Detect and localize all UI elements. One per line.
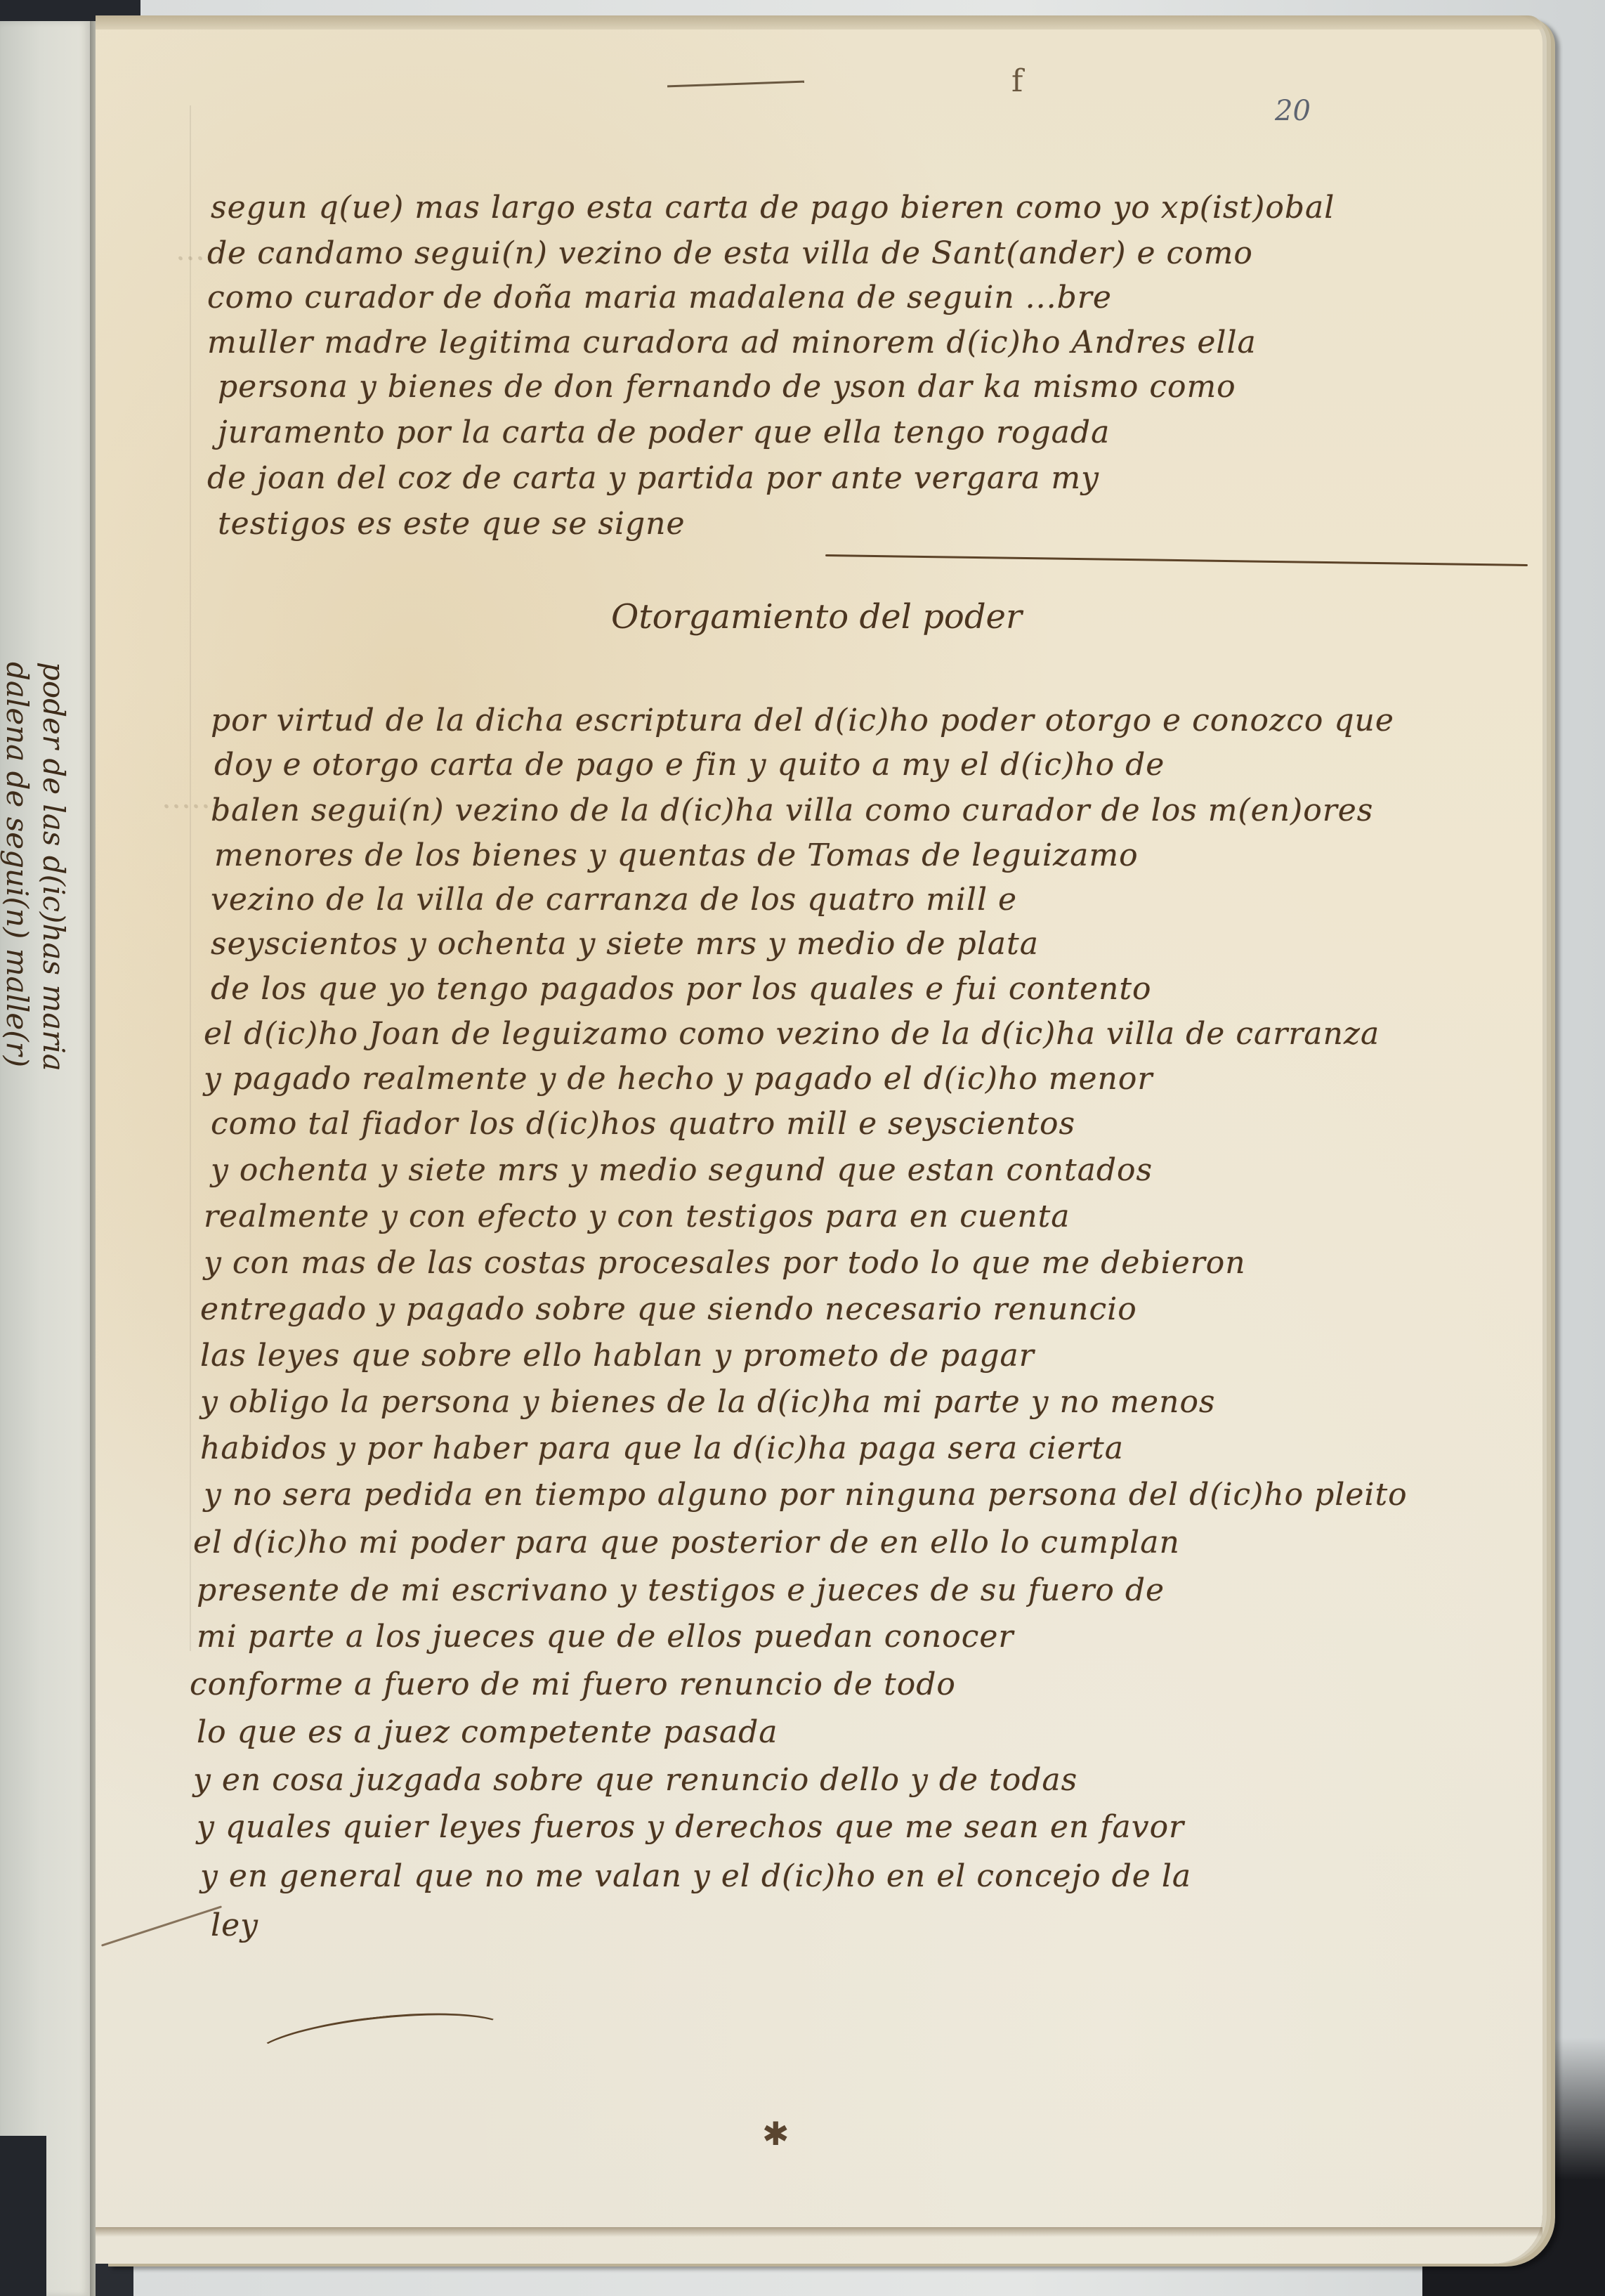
- text-line: y con mas de las costas procesales por t…: [204, 1245, 1246, 1281]
- binding-dark-bottom: [0, 2136, 46, 2296]
- folio-bottom-edge: [96, 2227, 1542, 2237]
- text-line: mi parte a los jueces que de ellos pueda…: [197, 1619, 1014, 1655]
- text-line: ley: [211, 1907, 258, 1943]
- text-line: seyscientos y ochenta y siete mrs y medi…: [211, 926, 1039, 962]
- text-line: conforme a fuero de mi fuero renuncio de…: [190, 1666, 956, 1702]
- text-line: y en cosa juzgada sobre que renuncio del…: [193, 1762, 1077, 1798]
- text-line: entregado y pagado sobre que siendo nece…: [200, 1291, 1137, 1327]
- text-line: realmente y con efecto y con testigos pa…: [204, 1199, 1070, 1234]
- marginal-note: poder de las d(ic)has maria dalena de se…: [0, 662, 72, 1196]
- text-line: juramento por la carta de poder que ella…: [218, 415, 1110, 450]
- folio-top-edge: [96, 15, 1542, 30]
- section-heading: Otorgamiento del poder: [611, 597, 1022, 637]
- text-line: de joan del coz de carta y partida por a…: [207, 460, 1099, 496]
- text-line: testigos es este que se signe: [218, 506, 686, 542]
- text-line: de los que yo tengo pagados por los qual…: [211, 971, 1152, 1007]
- foliation-mark: f: [1011, 63, 1024, 99]
- text-line: las leyes que sobre ello hablan y promet…: [200, 1338, 1035, 1374]
- text-line: y en general que no me valan y el d(ic)h…: [200, 1858, 1191, 1894]
- text-line: como curador de doña maria madalena de s…: [207, 280, 1112, 315]
- text-line: y no sera pedida en tiempo alguno por ni…: [204, 1477, 1408, 1513]
- marginal-note-line: poder de las d(ic)has maria: [35, 662, 72, 1196]
- ink-blot: ✱: [762, 2115, 790, 2153]
- text-line: y quales quier leyes fueros y derechos q…: [197, 1809, 1184, 1845]
- text-line: el d(ic)ho mi poder para que posterior d…: [193, 1525, 1180, 1560]
- text-line: y obligo la persona y bienes de la d(ic)…: [200, 1384, 1216, 1420]
- verso-page-strip: poder de las d(ic)has maria dalena de se…: [0, 21, 90, 2296]
- text-line: por virtud de la dicha escriptura del d(…: [211, 703, 1394, 738]
- text-line: el d(ic)ho Joan de leguizamo como vezino…: [204, 1016, 1380, 1052]
- text-line: y ochenta y siete mrs y medio segund que…: [211, 1152, 1153, 1188]
- text-line: habidos y por haber para que la d(ic)ha …: [200, 1430, 1124, 1466]
- text-line: lo que es a juez competente pasada: [197, 1714, 778, 1750]
- text-line: menores de los bienes y quentas de Tomas…: [214, 837, 1139, 873]
- marginal-note-line: dalena de segui(n) malle(r): [0, 662, 35, 1196]
- text-line: segun q(ue) mas largo esta carta de pago…: [211, 190, 1335, 226]
- page-number: 20: [1275, 95, 1311, 127]
- text-line: de candamo segui(n) vezino de esta villa…: [207, 235, 1253, 271]
- text-line: vezino de la villa de carranza de los qu…: [211, 882, 1017, 918]
- text-line: persona y bienes de don fernando de yson…: [218, 369, 1236, 405]
- text-line: y pagado realmente y de hecho y pagado e…: [204, 1061, 1153, 1097]
- book-gutter: [90, 21, 96, 2296]
- text-line: presente de mi escrivano y testigos e ju…: [197, 1572, 1165, 1608]
- text-line: muller madre legitima curadora ad minore…: [207, 325, 1257, 360]
- text-line: doy e otorgo carta de pago e fin y quito…: [214, 747, 1165, 783]
- margin-ruling: [190, 105, 191, 1651]
- text-line: como tal fiador los d(ic)hos quatro mill…: [211, 1106, 1075, 1142]
- text-line: balen segui(n) vezino de la d(ic)ha vill…: [211, 792, 1373, 828]
